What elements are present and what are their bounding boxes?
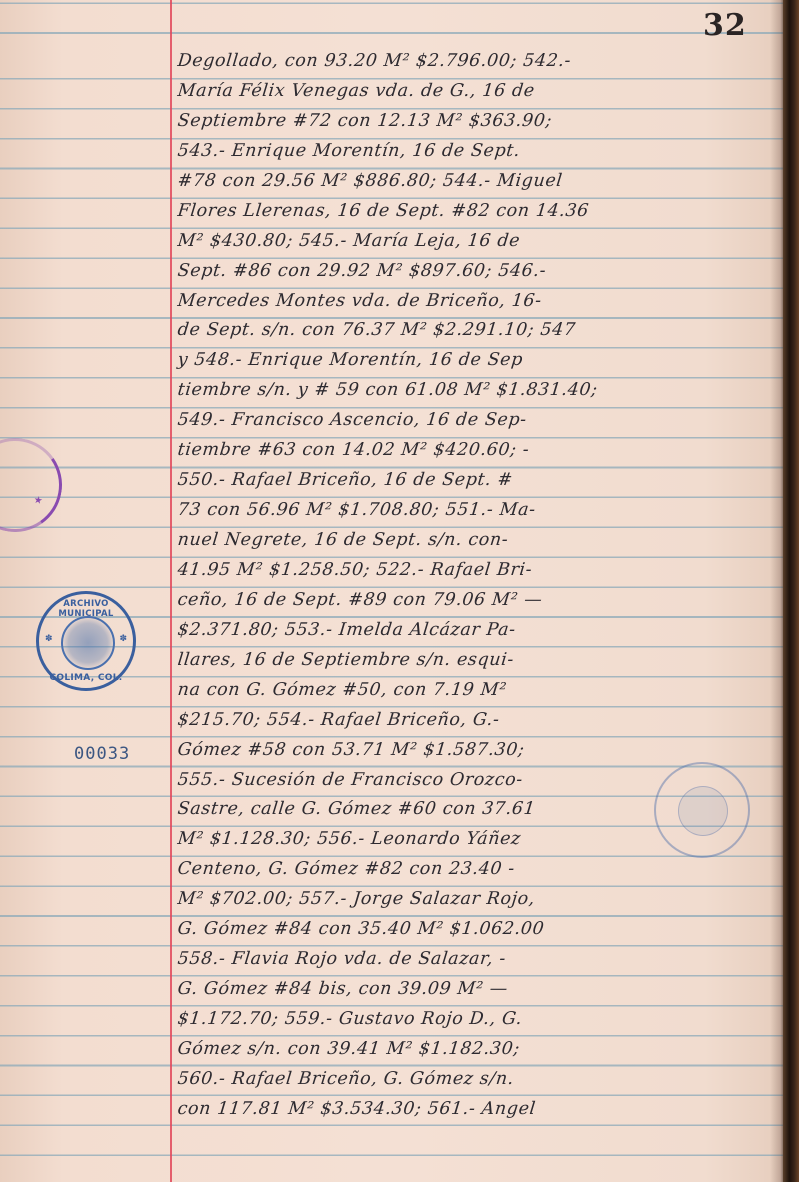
handwritten-line: M² $702.00; 557.- Jorge Salazar Rojo, [174,885,777,915]
handwritten-entries: Degollado, con 93.20 M² $2.796.00; 542.-… [174,47,774,1125]
handwritten-line: #78 con 29.56 M² $886.80; 544.- Miguel [174,167,777,197]
handwritten-line: $215.70; 554.- Rafael Briceño, G.- [174,706,777,736]
handwritten-line: tiembre s/n. y # 59 con 61.08 M² $1.831.… [174,376,777,406]
handwritten-line: 550.- Rafael Briceño, 16 de Sept. # [174,466,777,496]
handwritten-line: Mercedes Montes vda. de Briceño, 16- [174,287,777,317]
handwritten-line: y 548.- Enrique Morentín, 16 de Sep [174,346,777,376]
handwritten-line: Flores Llerenas, 16 de Sept. #82 con 14.… [174,197,777,227]
handwritten-line: 560.- Rafael Briceño, G. Gómez s/n. [174,1065,777,1095]
handwritten-line: Sastre, calle G. Gómez #60 con 37.61 [174,795,777,825]
stamp-seal-emblem-icon [61,616,115,670]
handwritten-line: $1.172.70; 559.- Gustavo Rojo D., G. [174,1005,777,1035]
page-number: 32 [703,8,747,43]
star-icon: ★ [33,495,44,507]
handwritten-line: $2.371.80; 553.- Imelda Alcázar Pa- [174,616,777,646]
stamp-ornament-icon: ✽ [119,634,127,644]
handwritten-line: con 117.81 M² $3.534.30; 561.- Angel [174,1095,777,1125]
handwritten-line: Gómez #58 con 53.71 M² $1.587.30; [174,736,777,766]
handwritten-line: tiembre #63 con 14.02 M² $420.60; - [174,436,777,466]
stamp-bottom-text: COLIMA, COL. [39,673,133,683]
handwritten-line: 558.- Flavia Rojo vda. de Salazar, - [174,945,777,975]
handwritten-line: Gómez s/n. con 39.41 M² $1.182.30; [174,1035,777,1065]
handwritten-line: Sept. #86 con 29.92 M² $897.60; 546.- [174,257,777,287]
handwritten-line: de Sept. s/n. con 76.37 M² $2.291.10; 54… [174,316,777,346]
handwritten-line: M² $1.128.30; 556.- Leonardo Yáñez [174,825,777,855]
stamp-ornament-icon: ✽ [45,634,53,644]
handwritten-line: 555.- Sucesión de Francisco Orozco- [174,766,777,796]
handwritten-line: ceño, 16 de Sept. #89 con 79.06 M² — [174,586,777,616]
handwritten-line: 73 con 56.96 M² $1.708.80; 551.- Ma- [174,496,777,526]
handwritten-line: nuel Negrete, 16 de Sept. s/n. con- [174,526,777,556]
book-binding [783,0,799,1182]
handwritten-line: na con G. Gómez #50, con 7.19 M² [174,676,777,706]
red-margin-line [170,0,172,1182]
handwritten-line: llares, 16 de Septiembre s/n. esqui- [174,646,777,676]
handwritten-line: María Félix Venegas vda. de G., 16 de [174,77,777,107]
handwritten-line: M² $430.80; 545.- María Leja, 16 de [174,227,777,257]
archive-folio-number: 00033 [74,744,130,764]
handwritten-line: Degollado, con 93.20 M² $2.796.00; 542.- [174,47,777,77]
archivo-municipal-stamp-icon: ARCHIVO MUNICIPAL ✽ ✽ COLIMA, COL. [36,591,136,691]
handwritten-line: G. Gómez #84 con 35.40 M² $1.062.00 [174,915,777,945]
handwritten-line: Septiembre #72 con 12.13 M² $363.90; [174,107,777,137]
handwritten-line: 543.- Enrique Morentín, 16 de Sept. [174,137,777,167]
handwritten-line: 549.- Francisco Ascencio, 16 de Sep- [174,406,777,436]
handwritten-line: 41.95 M² $1.258.50; 522.- Rafael Bri- [174,556,777,586]
handwritten-line: Centeno, G. Gómez #82 con 23.40 - [174,855,777,885]
handwritten-line: G. Gómez #84 bis, con 39.09 M² — [174,975,777,1005]
ledger-page: 32 ★ ARCHIVO MUNICIPAL ✽ ✽ COLIMA, COL. … [0,0,783,1182]
